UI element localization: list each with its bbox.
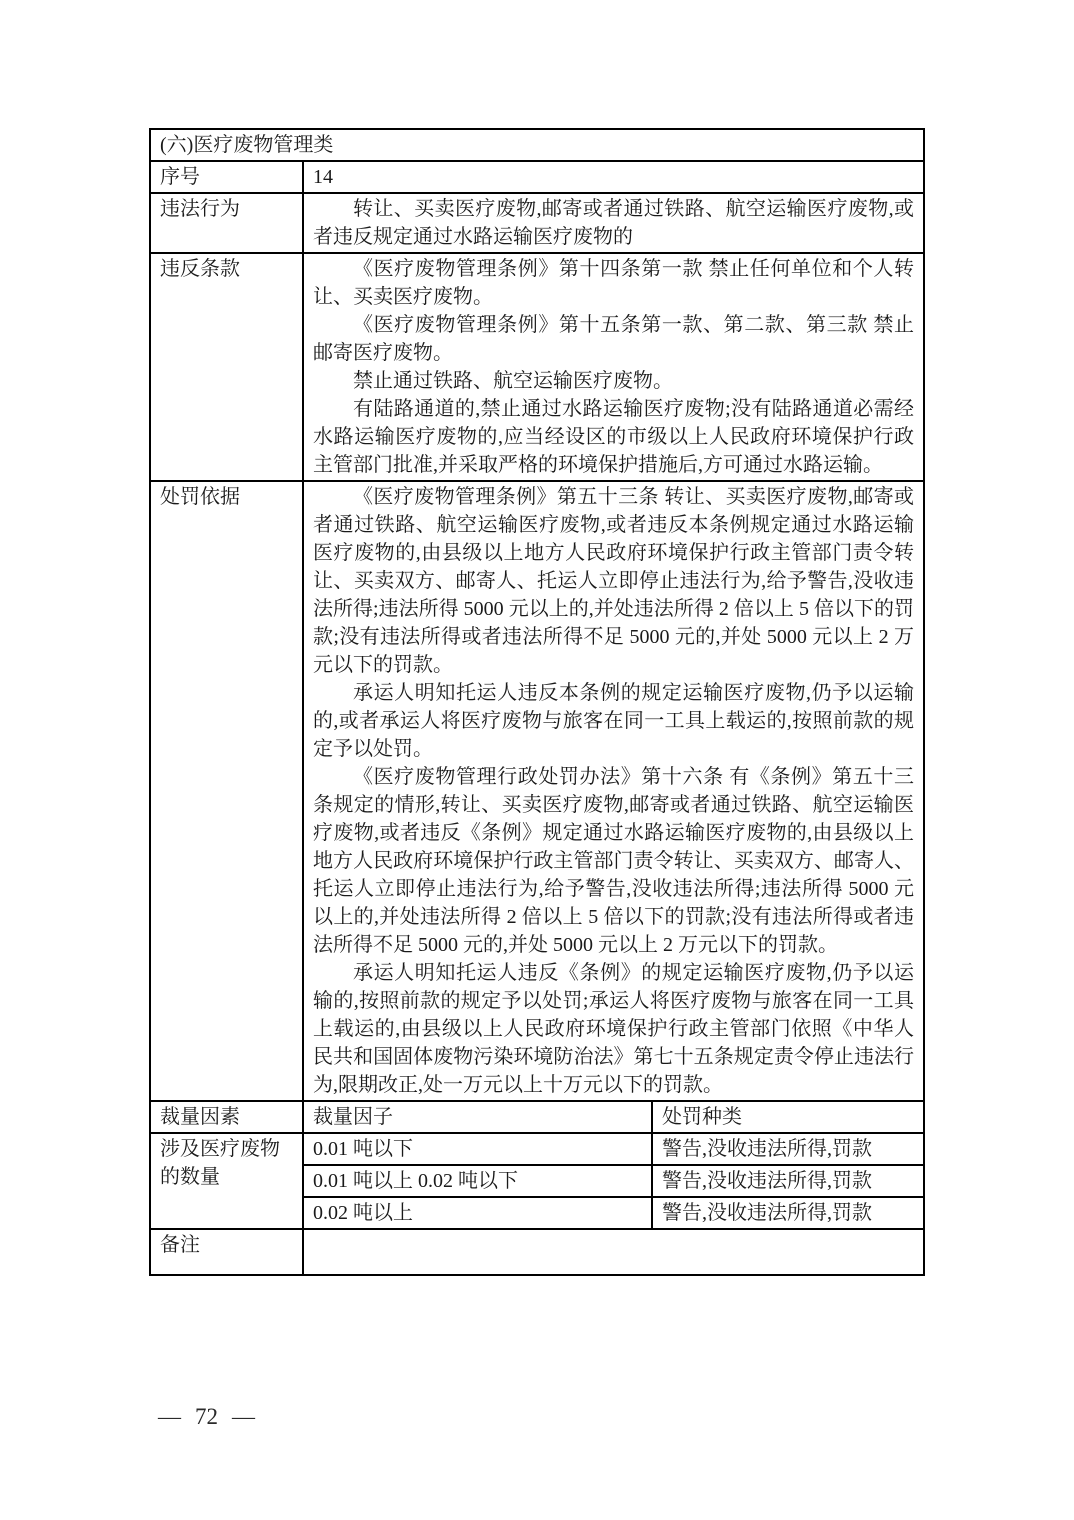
discretion-penalty-header: 处罚种类 <box>652 1101 924 1133</box>
penalty-value: 警告,没收违法所得,罚款 <box>652 1165 924 1197</box>
violated-clause-text: 《医疗废物管理条例》第十四条第一款 禁止任何单位和个人转让、买卖医疗废物。 《医… <box>303 253 924 481</box>
page-number-dash-left: — <box>158 1404 181 1429</box>
factor-value: 0.01 吨以下 <box>303 1133 652 1165</box>
remark-value <box>303 1229 924 1275</box>
penalty-basis-paragraph: 《医疗废物管理条例》第五十三条 转让、买卖医疗废物,邮寄或者通过铁路、航空运输医… <box>313 483 914 679</box>
serial-value: 14 <box>303 161 924 193</box>
table-row-violated-clause: 违反条款 《医疗废物管理条例》第十四条第一款 禁止任何单位和个人转让、买卖医疗废… <box>150 253 924 481</box>
remark-label: 备注 <box>150 1229 303 1275</box>
discretion-row-label: 裁量因素 <box>150 1101 303 1133</box>
penalty-value: 警告,没收违法所得,罚款 <box>652 1197 924 1229</box>
table-row-factor-1: 涉及医疗废物的数量 0.01 吨以下 警告,没收违法所得,罚款 <box>150 1133 924 1165</box>
penalty-basis-text: 《医疗废物管理条例》第五十三条 转让、买卖医疗废物,邮寄或者通过铁路、航空运输医… <box>303 481 924 1101</box>
discretion-factor-header: 裁量因子 <box>303 1101 652 1133</box>
table-row-penalty-basis: 处罚依据 《医疗废物管理条例》第五十三条 转让、买卖医疗废物,邮寄或者通过铁路、… <box>150 481 924 1101</box>
page-number-dash-right: — <box>232 1404 255 1429</box>
violated-clause-paragraph: 有陆路通道的,禁止通过水路运输医疗废物;没有陆路通道必需经水路运输医疗废物的,应… <box>313 395 914 479</box>
table-row-discretion-header: 裁量因素 裁量因子 处罚种类 <box>150 1101 924 1133</box>
illegal-act-label: 违法行为 <box>150 193 303 253</box>
penalty-basis-paragraph: 承运人明知托运人违反本条例的规定运输医疗废物,仍予以运输的,或者承运人将医疗废物… <box>313 679 914 763</box>
factor-value: 0.01 吨以上 0.02 吨以下 <box>303 1165 652 1197</box>
penalty-basis-paragraph: 承运人明知托运人违反《条例》的规定运输医疗废物,仍予以运输的,按照前款的规定予以… <box>313 959 914 1099</box>
illegal-act-text: 转让、买卖医疗废物,邮寄或者通过铁路、航空运输医疗废物,或者违反规定通过水路运输… <box>303 193 924 253</box>
violated-clause-paragraph: 《医疗废物管理条例》第十五条第一款、第二款、第三款 禁止邮寄医疗废物。 <box>313 311 914 367</box>
penalty-basis-paragraph: 《医疗废物管理行政处罚办法》第十六条 有《条例》第五十三条规定的情形,转让、买卖… <box>313 763 914 959</box>
penalty-basis-label: 处罚依据 <box>150 481 303 1101</box>
regulation-table: (六)医疗废物管理类 序号 14 违法行为 转让、买卖医疗废物,邮寄或者通过铁路… <box>149 128 925 1276</box>
page-number-value: 72 <box>195 1404 218 1429</box>
violated-clause-paragraph: 禁止通过铁路、航空运输医疗废物。 <box>313 367 914 395</box>
violated-clause-label: 违反条款 <box>150 253 303 481</box>
table-row-remark: 备注 <box>150 1229 924 1275</box>
illegal-act-paragraph: 转让、买卖医疗废物,邮寄或者通过铁路、航空运输医疗废物,或者违反规定通过水路运输… <box>313 195 914 251</box>
serial-label: 序号 <box>150 161 303 193</box>
table-row-serial: 序号 14 <box>150 161 924 193</box>
category-header: (六)医疗废物管理类 <box>150 129 924 161</box>
penalty-value: 警告,没收违法所得,罚款 <box>652 1133 924 1165</box>
violated-clause-paragraph: 《医疗废物管理条例》第十四条第一款 禁止任何单位和个人转让、买卖医疗废物。 <box>313 255 914 311</box>
factor-value: 0.02 吨以上 <box>303 1197 652 1229</box>
table-row-category: (六)医疗废物管理类 <box>150 129 924 161</box>
discretion-span-label: 涉及医疗废物的数量 <box>150 1133 303 1229</box>
table-row-illegal-act: 违法行为 转让、买卖医疗废物,邮寄或者通过铁路、航空运输医疗废物,或者违反规定通… <box>150 193 924 253</box>
page-number: —72— <box>158 1404 255 1430</box>
